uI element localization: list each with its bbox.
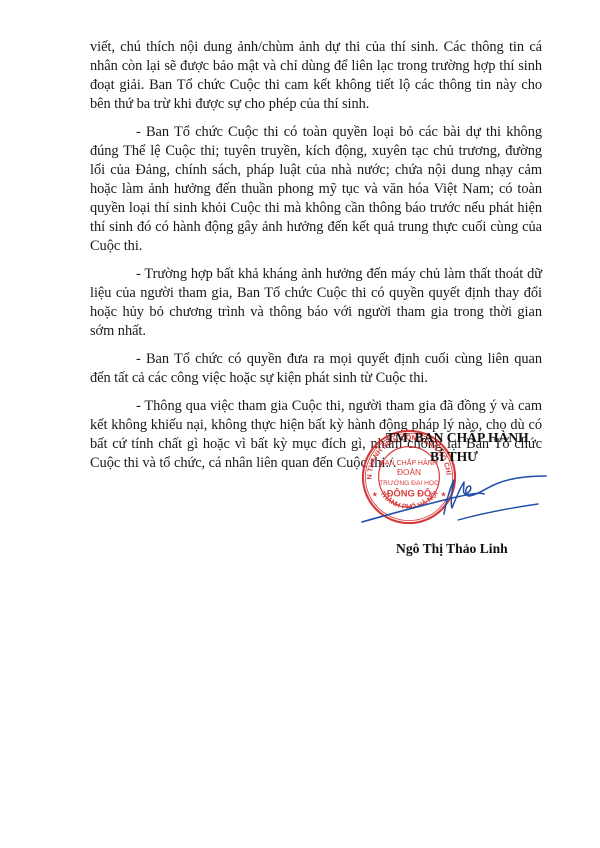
signature-on-behalf: TM. BAN CHẤP HÀNH [386, 430, 529, 445]
paragraph-force-majeure: - Trường hợp bất khả kháng ảnh hưởng đến… [90, 265, 542, 341]
paragraph-disqualification: - Ban Tổ chức Cuộc thi có toàn quyền loạ… [90, 123, 542, 256]
paragraph-privacy: viết, chú thích nội dung ảnh/chùm ảnh dự… [90, 38, 542, 114]
paragraph-final-decision: - Ban Tổ chức có quyền đưa ra mọi quyết … [90, 350, 542, 388]
document-body: viết, chú thích nội dung ảnh/chùm ảnh dự… [90, 38, 542, 482]
document-page: viết, chú thích nội dung ảnh/chùm ảnh dự… [0, 0, 600, 848]
signer-name: Ngô Thị Thảo Linh [396, 541, 508, 557]
handwritten-signature-icon [360, 458, 550, 528]
